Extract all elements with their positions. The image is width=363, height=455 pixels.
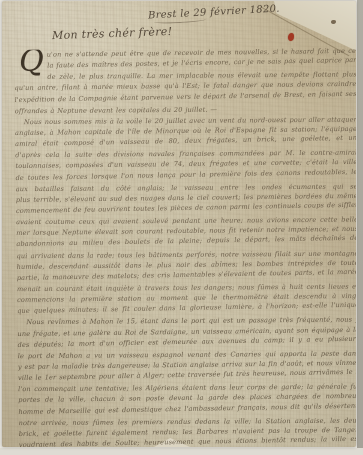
scanner-edge-bottom [0,448,363,455]
handwriting-line: notre arrivée, nous fûmes les premiers r… [19,415,356,429]
letter-body: Qu'on ne s'attende peut être que de rece… [14,46,356,447]
paragraph: Qu'on ne s'attende peut être que de rece… [14,46,356,117]
drop-cap-initial: Q [19,51,44,73]
handwriting-line: aux batailles faisant du côté anglais; l… [16,181,356,195]
handwriting-line: le port de Mahon a vu un vaisseau espagn… [18,348,356,362]
scanner-edge-right [357,0,363,455]
paper-sheet: Brest le 29 février 1820. Mon très chér … [2,1,356,447]
handwriting-line: qui arrivaient dans la rade; tous les bâ… [16,248,356,262]
paragraph: Nous revînmes à Mahon le 15, étant dans … [17,313,356,447]
paragraph: Nous nous sommes mis à la voile le 20 ju… [15,113,356,318]
letter-scan: Brest le 29 février 1820. Mon très chér … [0,0,363,455]
